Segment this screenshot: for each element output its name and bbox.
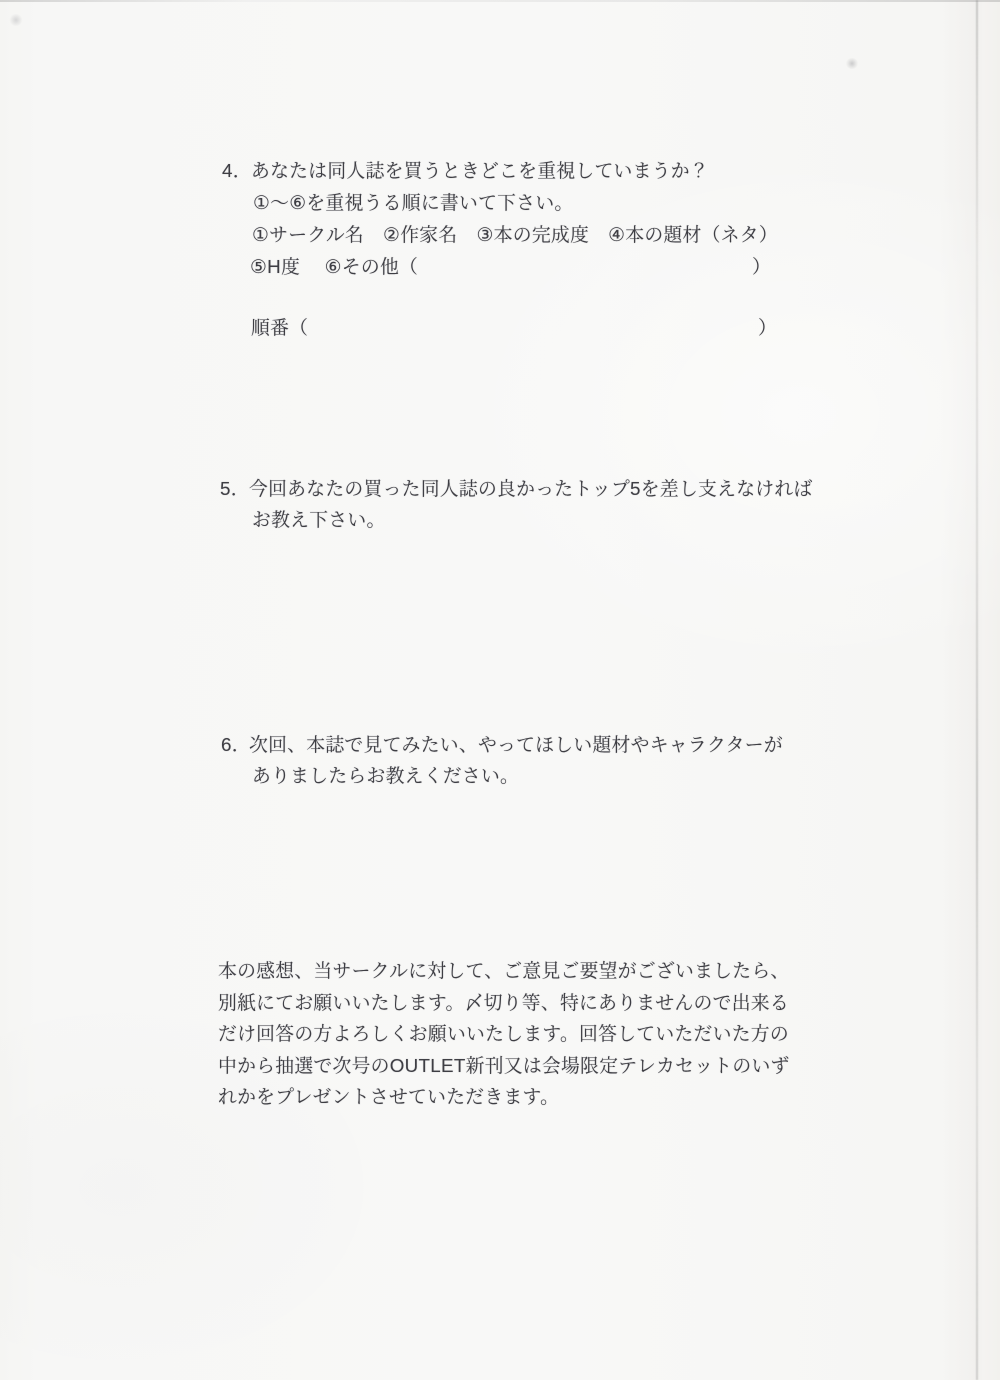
footer-note-line: 本の感想、当サークルに対して、ご意見ご要望がございましたら、 [218,955,818,987]
scan-artifact-speck [845,58,859,69]
question-5-number: 5． [220,477,250,501]
question-6-line1: 次回、本誌で見てみたい、やってほしい題材やキャラクターが [249,733,783,757]
question-6-line2: ありましたらお教えください。 [252,764,519,788]
question-4-options-row2: ⑤H度 ⑥その他（ [250,255,418,279]
question-4-order-label: 順番（ [251,316,308,340]
question-4-order-close-paren: ） [758,316,777,340]
footer-note-line: だけ回答の方よろしくお願いいたします。回答していただいた方の [218,1018,818,1050]
scan-artifact-speck [8,14,24,26]
question-4-number: 4． [222,159,252,183]
footer-note: 本の感想、当サークルに対して、ご意見ご要望がございましたら、 別紙にてお願いいた… [218,955,818,1113]
question-6-number: 6． [221,733,251,757]
question-4-options-row1: ①サークル名 ②作家名 ③本の完成度 ④本の題材（ネタ） [252,223,778,247]
question-5-line2: お教え下さい。 [252,508,386,532]
question-4-other-close-paren: ） [752,255,771,279]
footer-note-line: 中から抽選で次号のOUTLET新刊又は会場限定テレカセットのいず [218,1050,818,1082]
footer-note-line: 別紙にてお願いいたします。〆切り等、特にありませんので出来る [218,987,818,1019]
scan-top-edge-shadow [0,0,1000,2]
scanned-questionnaire-page: 4． あなたは同人誌を買うときどこを重視していまうか？ ①～⑥を重視うる順に書い… [0,0,1000,1380]
question-4-instruction: ①～⑥を重視うる順に書いて下さい。 [253,191,574,215]
question-4-title: あなたは同人誌を買うときどこを重視していまうか？ [251,159,709,183]
footer-note-line: れかをプレゼントさせていただきます。 [218,1081,818,1113]
question-5-line1: 今回あなたの買った同人誌の良かったトップ5を差し支えなければ [249,477,813,501]
page-fold-crease [976,0,978,1380]
